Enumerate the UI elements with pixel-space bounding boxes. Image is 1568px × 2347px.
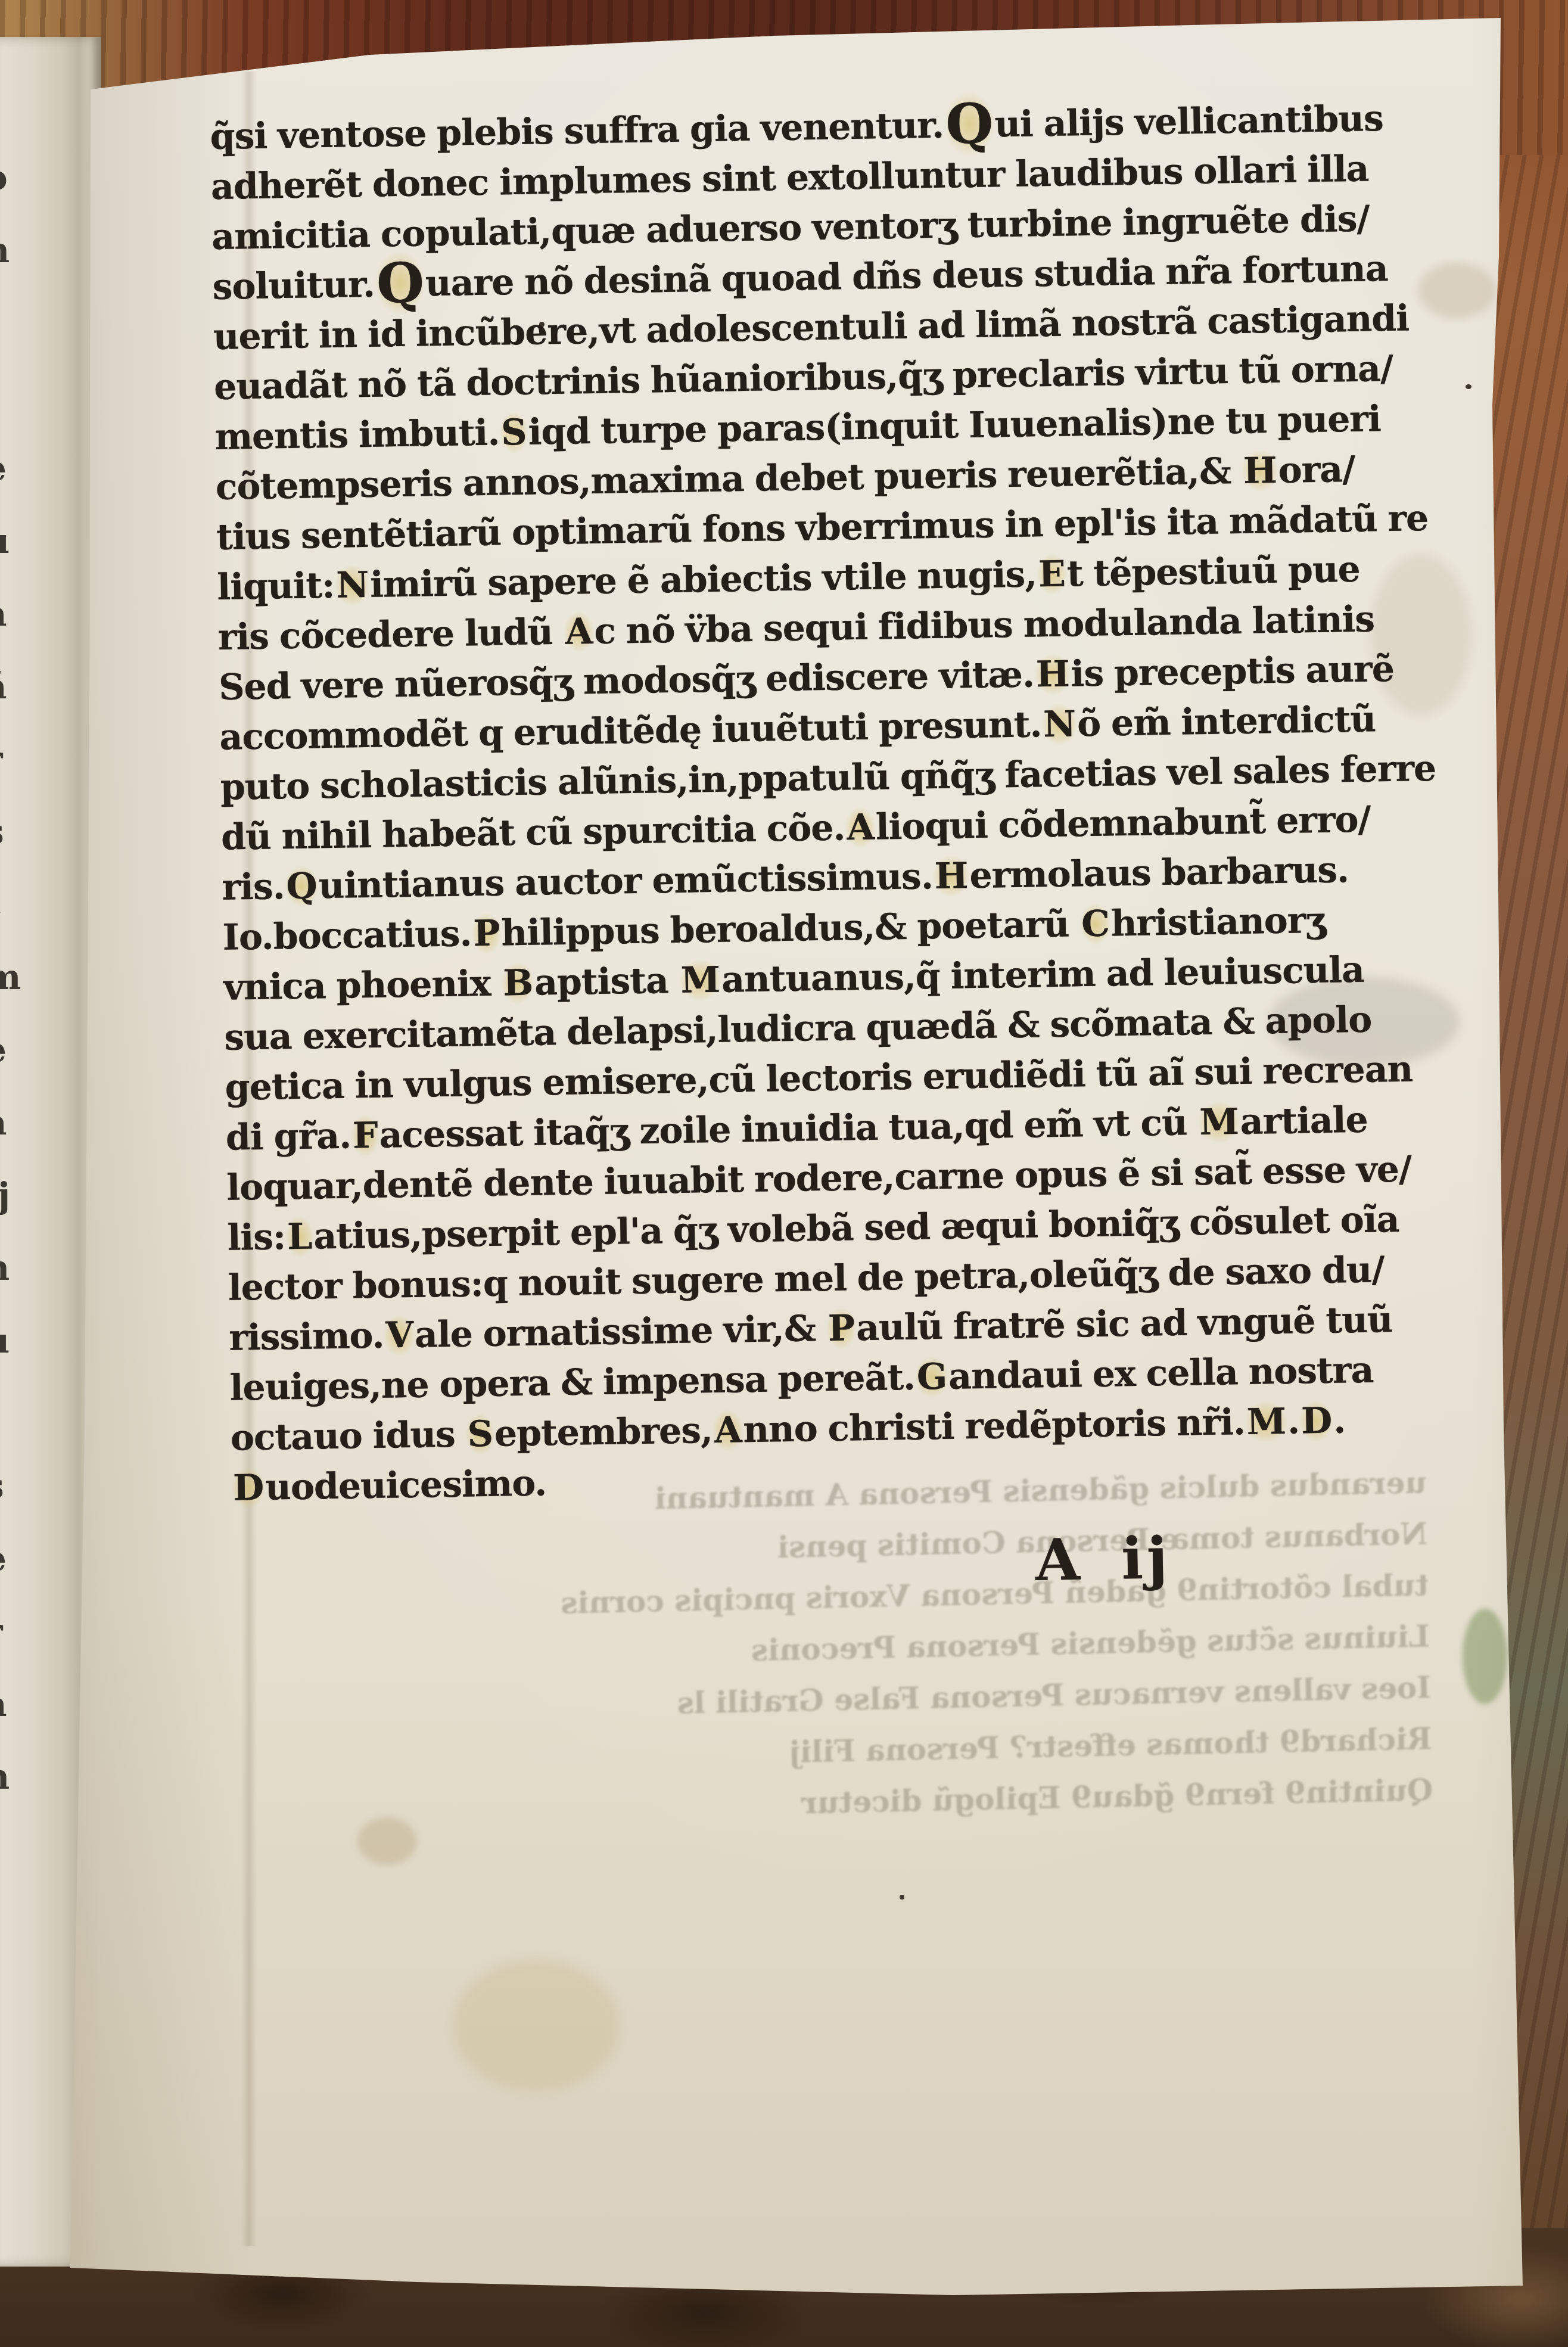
text-segment: andaui ex cella nostra	[948, 1350, 1374, 1398]
text-segment: ale ornatissime vir,&	[414, 1308, 826, 1356]
text-segment: aulũ fratrẽ sic ad vnguẽ tuũ	[856, 1299, 1393, 1349]
text-segment: Sed vere nũerosq̃ʒ modosq̃ʒ ediscere vit…	[219, 654, 1035, 708]
paper-smudge	[1370, 554, 1471, 715]
highlighted-initial: D	[1299, 1400, 1334, 1443]
edge-letter-fragment: l	[0, 1377, 15, 1450]
text-segment: hilippus beroaldus,& poetarũ	[501, 903, 1080, 954]
edge-letter-fragment: e	[0, 432, 15, 505]
highlighted-initial: C	[1079, 903, 1112, 945]
highlighted-initial: L	[285, 1216, 314, 1258]
text-segment: ui alijs vellicantibus	[994, 98, 1383, 145]
highlighted-initial: M	[679, 959, 722, 1002]
signature-mark: Aij	[1035, 1524, 1172, 1594]
edge-letter-fragment: r	[0, 1595, 15, 1668]
text-segment: iqd turpe paras(inquit Iuuenalis)ne tu p…	[528, 398, 1381, 453]
edge-letter-fragment: a	[0, 1668, 15, 1740]
text-segment: dũ nihil habeãt cũ spurcitia cõe.	[221, 807, 845, 858]
edge-letter-fragment: ã	[0, 650, 15, 723]
text-segment: antuanus,q̃ interim ad leuiuscula	[721, 949, 1365, 1001]
edge-letter-fragment: m	[0, 941, 15, 1014]
highlighted-initial: G	[914, 1356, 948, 1398]
text-segment: aptista	[534, 960, 680, 1004]
text-segment: imirũ sapere ẽ abiectis vtile nugis,	[370, 554, 1037, 606]
highlighted-initial: Q	[284, 865, 319, 907]
ink-speck	[1466, 384, 1471, 389]
highlighted-initial: S	[465, 1413, 494, 1456]
highlighted-initial: F	[350, 1115, 379, 1157]
text-segment: vnica phoenix	[223, 962, 502, 1008]
text-segment: octauo idus	[230, 1414, 466, 1459]
edge-letter-fragment: a	[0, 577, 15, 650]
text-segment: uodeuicesimo.	[265, 1462, 547, 1508]
highlighted-initial: M	[1245, 1401, 1288, 1443]
highlighted-initial: S	[499, 412, 528, 454]
bleedthrough-text: uerandus dulcis gãdensis Persona A mantu…	[306, 1457, 1433, 1839]
edge-letter-fragment: r	[0, 723, 15, 795]
signature-letter: A	[1035, 1526, 1084, 1594]
ink-speck	[900, 1895, 904, 1900]
highlighted-initial: A	[563, 611, 595, 653]
paper-stain	[453, 1960, 620, 2091]
text-segment: Io.boccatius.	[222, 913, 472, 959]
highlighted-initial: V	[384, 1314, 415, 1357]
edge-letter-fragment: n	[0, 214, 15, 287]
text-segment: .	[1333, 1400, 1346, 1441]
signature-numeral: ij	[1121, 1524, 1171, 1592]
book-page: uerandus dulcis gãdensis Persona A mantu…	[0, 0, 1568, 2347]
text-segment: accommodẽt q eruditẽdę iuuẽtuti presunt.	[219, 704, 1042, 758]
highlighted-initial: P	[471, 912, 502, 955]
text-segment: mentis imbuti.	[214, 412, 500, 458]
facing-page-letter-fragments: onileuaãrstmeaijnulserani	[0, 141, 31, 1886]
edge-letter-fragment: ij	[0, 1159, 15, 1232]
edge-letter-fragment: n	[0, 1232, 15, 1304]
highlighted-initial: H	[932, 855, 970, 897]
paper-stain	[1418, 262, 1495, 319]
edge-letter-fragment: i	[0, 287, 15, 359]
edge-letter-fragment: a	[0, 1086, 15, 1159]
text-segment: .	[1287, 1401, 1300, 1443]
highlighted-initial: H	[1241, 450, 1278, 492]
text-segment: ora/	[1278, 449, 1355, 492]
photo-scene: { "book_page": { "colors": { "paper": "#…	[0, 0, 1568, 2347]
text-segment: uintianus auctor emũctissimus.	[318, 856, 933, 907]
highlighted-initial: A	[712, 1409, 743, 1451]
edge-letter-fragment: o	[0, 141, 15, 214]
highlighted-initial: H	[1034, 653, 1071, 695]
text-segment: acessat itaq̃ʒ zoile inuidia tua,qd em̃ …	[379, 1102, 1198, 1157]
text-segment: õ em̃ interdictũ	[1077, 698, 1376, 745]
green-edge-stain	[1463, 1609, 1507, 1704]
highlighted-initial: Q	[374, 250, 426, 315]
text-segment: ermolaus barbarus.	[969, 849, 1349, 897]
text-segment: hristianorʒ	[1110, 900, 1326, 945]
edge-letter-fragment: n	[0, 1740, 15, 1813]
edge-letter-fragment: e	[0, 1014, 15, 1086]
text-segment: rissimo.	[229, 1315, 384, 1359]
edge-letter-fragment: s	[0, 795, 15, 868]
edge-letter-fragment: t	[0, 868, 15, 941]
edge-letter-fragment: l	[0, 359, 15, 432]
text-segment: q̃si ventose plebis suffra gia venentur.	[210, 105, 944, 158]
highlighted-initial: B	[501, 962, 535, 1005]
text-segment: lis:	[227, 1216, 286, 1259]
highlighted-initial: P	[826, 1307, 856, 1350]
edge-letter-fragment: e	[0, 1522, 15, 1595]
text-segment: ris.	[222, 866, 285, 909]
edge-letter-fragment: s	[0, 1450, 15, 1522]
highlighted-initial: A	[845, 807, 876, 849]
highlighted-initial: D	[231, 1467, 266, 1509]
text-segment: di gr̃a.	[225, 1115, 351, 1158]
text-segment: is preceptis aurẽ	[1071, 648, 1394, 695]
text-segment: artiale	[1240, 1099, 1368, 1143]
text-segment: lioqui cõdemnabunt̃ erro/	[875, 799, 1371, 848]
text-segment: eptembres,	[494, 1410, 713, 1455]
text-segment: nno christi redẽptoris nr̃i.	[743, 1401, 1245, 1451]
edge-letter-fragment: i	[0, 1813, 15, 1886]
highlighted-initial: Q	[943, 91, 995, 156]
text-segment: soluitur.	[212, 264, 375, 308]
edge-letter-fragment: u	[0, 1304, 15, 1377]
text-block: q̃si ventose plebis suffra gia venentur.…	[210, 94, 1370, 1513]
text-segment: liquit:	[217, 565, 335, 608]
highlighted-initial: M	[1197, 1101, 1241, 1143]
text-segment: c nõ v̈ba sequi fidibus modulanda latini…	[594, 598, 1375, 652]
highlighted-initial: N	[1041, 703, 1078, 745]
highlighted-initial: E	[1037, 553, 1068, 595]
edge-letter-fragment: u	[0, 505, 15, 577]
text-segment: leuiges,ne opera & impensa pereãt.	[229, 1357, 915, 1409]
text-segment: t tẽpestiuũ pue	[1066, 549, 1360, 595]
text-segment: ris cõcedere ludũ	[217, 611, 564, 658]
highlighted-initial: N	[334, 564, 371, 607]
